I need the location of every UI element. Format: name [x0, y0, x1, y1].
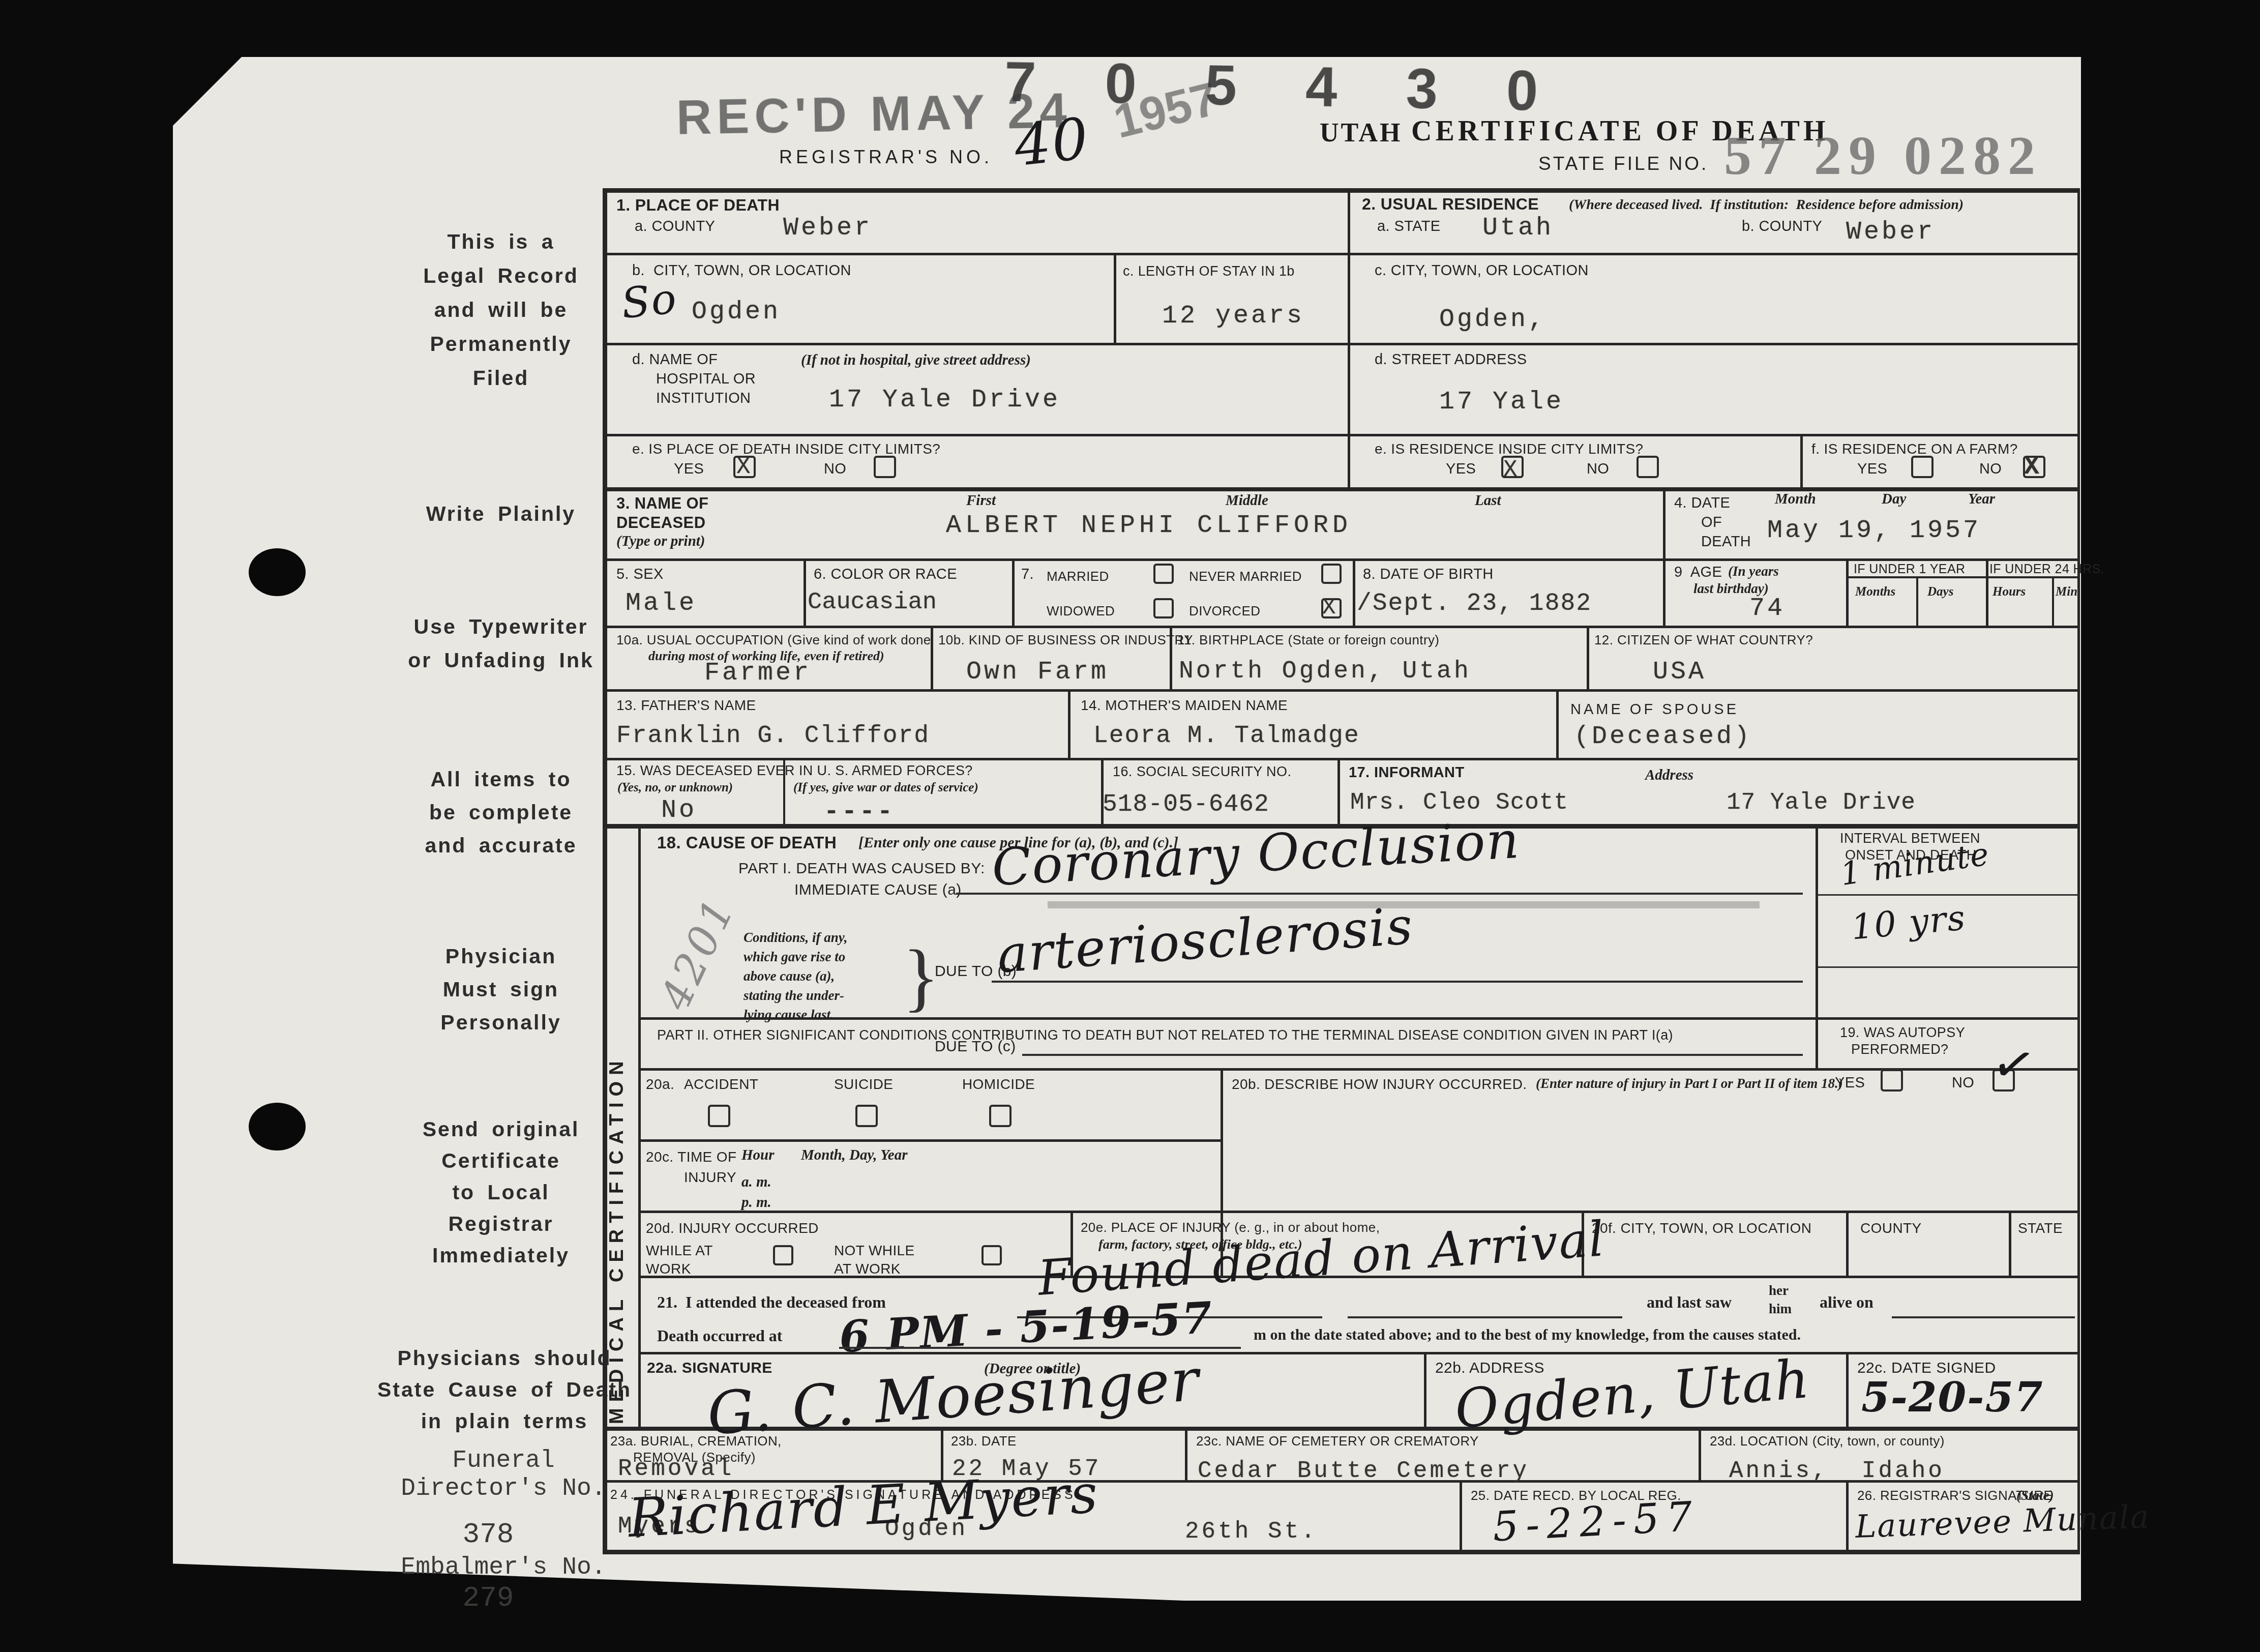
title-state: UTAH: [1320, 118, 1402, 148]
injury-state-label: STATE: [2018, 1220, 2063, 1236]
farm-label: f. IS RESIDENCE ON A FARM?: [1811, 440, 2018, 457]
hospital-hint: (If not in hospital, give street address…: [801, 352, 1031, 369]
if-under-24-hrs-label: IF UNDER 24 HRS.: [1989, 562, 2104, 577]
hospital-value: 17 Yale Drive: [829, 386, 1060, 415]
him-label: him: [1769, 1301, 1792, 1317]
citizen-value: USA: [1653, 658, 1706, 687]
serial-number-stamp: 7 0 5 4 3 0: [1004, 48, 1565, 124]
injury-20d-label: 20d. INJURY OCCURRED: [646, 1220, 819, 1236]
hour-label: Hour: [741, 1147, 774, 1164]
pod-no-checkbox: [874, 456, 896, 478]
birthplace-label: 11. BIRTHPLACE (State or foreign country…: [1177, 632, 1439, 648]
cause-of-death-label: 18. CAUSE OF DEATH: [657, 833, 837, 853]
farm-no-mark: X: [2024, 453, 2042, 482]
grid-line: [1460, 1480, 1462, 1550]
margin-note: Use Typewriter: [414, 616, 588, 637]
margin-note: or Unfading Ink: [408, 650, 594, 671]
accident-checkbox: [708, 1105, 730, 1127]
while-at-work-checkbox: [773, 1245, 793, 1265]
homicide-label: HOMICIDE: [962, 1076, 1035, 1093]
res-no-checkbox: [1637, 456, 1659, 478]
occupation-value: Farmer: [704, 659, 811, 688]
margin-note: State Cause of Death: [377, 1379, 632, 1400]
autopsy-label: PERFORMED?: [1851, 1042, 1949, 1058]
grid-line: [2077, 188, 2080, 1552]
divorced-mark: X: [1322, 595, 1338, 621]
conditions-label: stating the under-: [744, 988, 844, 1004]
armed-forces-label: 15. WAS DECEASED EVER IN U. S. ARMED FOR…: [616, 763, 973, 779]
name-of-deceased-label: DECEASED: [616, 514, 705, 533]
farm-yes-label: YES: [1857, 460, 1887, 478]
grid-line: [1916, 576, 1918, 626]
grid-line: [1337, 758, 1340, 824]
ssn-label: 16. SOCIAL SECURITY NO.: [1113, 764, 1291, 780]
state-file-no-value: 57 29 0282: [1724, 125, 2042, 188]
grid-line: [638, 1068, 2080, 1071]
not-while-at-work-label: AT WORK: [834, 1260, 901, 1277]
grid-line: [1800, 434, 1803, 487]
pod-county-label: a. COUNTY: [635, 218, 715, 235]
informant-address-label: Address: [1645, 767, 1693, 784]
grid-line: [1663, 487, 1666, 626]
burial-value: Removal: [618, 1456, 734, 1482]
funeral-director-no-label: Funeral: [452, 1447, 555, 1474]
grid-line: [603, 626, 2080, 628]
date-signed-value: 5-20-57: [1861, 1373, 2044, 1421]
margin-note: Physician: [445, 946, 556, 967]
date-of-birth-label: 8. DATE OF BIRTH: [1363, 566, 1494, 583]
grid-line: [638, 824, 641, 1429]
burial-label: 23a. BURIAL, CREMATION,: [610, 1433, 782, 1449]
margin-note: All items to: [431, 769, 572, 790]
accident-label: ACCIDENT: [684, 1076, 758, 1093]
grid-line: [1114, 253, 1116, 343]
autopsy-label: 19. WAS AUTOPSY: [1840, 1025, 1965, 1041]
grid-line: [603, 434, 2080, 436]
grid-line: [603, 689, 2080, 692]
spouse-label: NAME OF SPOUSE: [1570, 701, 1739, 718]
grid-line: [1816, 824, 1818, 1068]
marital-status-number: 7.: [1021, 566, 1034, 583]
pod-county-value: Weber: [783, 214, 872, 243]
if-under-1-year-label: IF UNDER 1 YEAR: [1854, 562, 1965, 577]
date-of-death-label: OF: [1701, 514, 1722, 531]
grid-line: [1185, 1427, 1187, 1480]
industry-value: Own Farm: [966, 658, 1109, 687]
divorced-label: DIVORCED: [1189, 603, 1260, 619]
conditions-label: lying cause last.: [744, 1007, 834, 1023]
res-yes-label: YES: [1446, 460, 1476, 478]
cemetery-value: Cedar Butte Cemetery: [1198, 1458, 1529, 1484]
punch-hole: [249, 548, 306, 596]
margin-note: Registrar: [448, 1214, 553, 1234]
last-name-column-label: Last: [1475, 492, 1501, 509]
grid-line: [603, 758, 2080, 760]
funeral-director-typed: 26th St.: [1185, 1518, 1318, 1545]
informant-address-value: 17 Yale Drive: [1727, 789, 1916, 816]
margin-note: Filed: [473, 368, 529, 389]
blank-line: [1818, 966, 2077, 968]
pod-city-limits-label: e. IS PLACE OF DEATH INSIDE CITY LIMITS?: [632, 440, 940, 457]
age-label: 9 AGE: [1674, 564, 1722, 581]
occupation-label: 10a. USUAL OCCUPATION (Give kind of work…: [616, 632, 931, 648]
usual-residence-hint: (Where deceased lived. If institution: R…: [1569, 197, 1964, 213]
funeral-director-no-value: 378: [463, 1518, 514, 1551]
not-while-at-work-label: NOT WHILE: [834, 1242, 915, 1259]
date-of-death-label: DEATH: [1701, 533, 1751, 550]
length-of-stay-value: 12 years: [1162, 302, 1304, 331]
her-label: her: [1769, 1283, 1789, 1299]
res-state-label: a. STATE: [1377, 218, 1441, 235]
while-at-work-label: WHILE AT: [646, 1242, 713, 1259]
margin-note: and accurate: [425, 835, 577, 856]
month-column-label: Month: [1775, 491, 1816, 508]
date-of-birth-value: /Sept. 23, 1882: [1357, 590, 1592, 617]
res-no-label: NO: [1587, 460, 1609, 478]
punch-hole: [249, 1103, 306, 1150]
grid-line: [603, 487, 2080, 491]
registrar-no-value: 40: [1012, 106, 1092, 180]
attended-text: and last saw: [1647, 1293, 1732, 1312]
injury-20b-label: 20b. DESCRIBE HOW INJURY OCCURRED.: [1232, 1076, 1527, 1093]
pod-yes-label: YES: [674, 460, 704, 478]
blank-line: [1892, 1316, 2075, 1318]
grid-line: [1556, 689, 1559, 758]
month-day-year-label: Month, Day, Year: [801, 1147, 907, 1164]
res-yes-mark: X: [1503, 457, 1520, 483]
res-city-label: c. CITY, TOWN, OR LOCATION: [1375, 262, 1589, 279]
margin-note: in plain terms: [421, 1411, 588, 1432]
widowed-checkbox: [1153, 598, 1174, 618]
spouse-value: (Deceased): [1574, 722, 1752, 751]
mother-name-value: Leora M. Talmadge: [1093, 722, 1360, 750]
age-value: 74: [1749, 594, 1785, 623]
margin-note: Physicians should: [398, 1348, 612, 1369]
injury-city-label: 20f. CITY, TOWN, OR LOCATION: [1592, 1220, 1811, 1236]
immediate-cause-label: IMMEDIATE CAUSE (a): [794, 881, 962, 899]
never-married-checkbox: [1321, 564, 1342, 584]
burial-date-label: 23b. DATE: [951, 1433, 1017, 1449]
grid-line: [1587, 626, 1589, 689]
grid-line: [1846, 1480, 1849, 1550]
res-county-value: Weber: [1846, 218, 1935, 247]
hospital-label: d. NAME OF: [632, 351, 718, 368]
state-file-no-label: STATE FILE NO.: [1538, 153, 1708, 175]
margin-note: This is a: [447, 231, 554, 252]
location-value: Annis, Idaho: [1729, 1458, 1945, 1484]
street-address-value: 17 Yale: [1439, 388, 1564, 417]
blank-line: [956, 893, 1803, 895]
informant-label: 17. INFORMANT: [1349, 764, 1465, 781]
industry-label: 10b. KIND OF BUSINESS OR INDUSTRY: [938, 632, 1193, 648]
res-city-value: Ogden,: [1439, 305, 1546, 334]
conditions-label: which gave rise to: [744, 949, 845, 965]
pod-no-label: NO: [824, 460, 846, 478]
res-city-limits-label: e. IS RESIDENCE INSIDE CITY LIMITS?: [1375, 440, 1644, 457]
name-of-deceased-label: 3. NAME OF: [616, 494, 708, 513]
months-column-label: Months: [1855, 585, 1895, 599]
min-column-label: Min.: [2056, 585, 2080, 599]
grid-line: [638, 1139, 1223, 1142]
blank-line: [992, 981, 1803, 983]
margin-note: to Local: [452, 1182, 549, 1203]
while-at-work-label: WORK: [646, 1260, 691, 1277]
day-column-label: Day: [1882, 491, 1906, 508]
middle-name-column-label: Middle: [1226, 492, 1268, 509]
blank-line: [1348, 1316, 1622, 1318]
conditions-label: Conditions, if any,: [744, 930, 848, 946]
am-label: a. m.: [741, 1174, 771, 1191]
registrar-no-label: REGISTRAR'S NO.: [779, 146, 993, 168]
grid-line: [1846, 558, 1849, 626]
blank-line: [1818, 894, 2077, 896]
length-of-stay-label: c. LENGTH OF STAY IN 1b: [1123, 263, 1295, 280]
grid-line: [1424, 1352, 1426, 1427]
first-name-column-label: First: [966, 492, 996, 509]
grid-line: [1699, 1427, 1701, 1480]
married-checkbox: [1153, 564, 1174, 584]
grid-line: [2009, 1211, 2011, 1276]
pod-city-handwritten-prefix: So: [619, 275, 679, 329]
grid-line: [603, 253, 2080, 255]
grid-line: [1846, 1211, 1849, 1276]
injury-20c-label: INJURY: [684, 1169, 736, 1186]
injury-20b-hint: (Enter nature of injury in Part I or Par…: [1536, 1076, 1843, 1091]
name-hint: (Type or print): [616, 533, 705, 550]
date-of-death-label: 4. DATE: [1674, 494, 1730, 512]
race-label: 6. COLOR OR RACE: [814, 566, 957, 583]
embalmer-no-label: Embalmer's No.: [401, 1554, 606, 1581]
father-name-label: 13. FATHER'S NAME: [616, 697, 756, 714]
homicide-checkbox: [989, 1105, 1012, 1127]
funeral-director-no-label: Director's No.: [401, 1475, 606, 1502]
street-address-label: d. STREET ADDRESS: [1375, 351, 1527, 368]
part1-label: PART I. DEATH WAS CAUSED BY:: [738, 860, 985, 877]
not-while-at-work-checkbox: [982, 1245, 1002, 1265]
res-state-value: Utah: [1482, 214, 1554, 243]
armed-forces-hint: (Yes, no, or unknown): [617, 781, 733, 795]
pod-yes-mark: X: [736, 454, 753, 480]
attended-text: 21. I attended the deceased from: [657, 1293, 886, 1312]
registrar-signature-label: 26. REGISTRAR'S SIGNATURE: [1857, 1488, 2053, 1503]
grid-line: [603, 558, 2080, 561]
death-occurred-text: m on the date stated above; and to the b…: [1254, 1326, 1801, 1344]
grid-line: [931, 626, 933, 689]
margin-note: Write Plainly: [426, 504, 576, 524]
suicide-checkbox: [855, 1105, 878, 1127]
deceased-name-value: ALBERT NEPHI CLIFFORD: [946, 511, 1352, 540]
injury-20a-number: 20a.: [646, 1076, 674, 1093]
armed-forces-dates-value: ----: [824, 798, 895, 827]
informant-value: Mrs. Cleo Scott: [1350, 789, 1568, 816]
margin-note: Send original: [423, 1119, 580, 1140]
margin-note: Must sign: [443, 979, 559, 1000]
hospital-label: INSTITUTION: [656, 390, 751, 407]
brace: }: [903, 933, 939, 1021]
medical-certification-strip-label: MEDICAL CERTIFICATION: [606, 854, 636, 1424]
grid-line: [804, 558, 806, 626]
farm-yes-checkbox: [1911, 456, 1934, 478]
margin-note: and will be: [434, 300, 568, 320]
grid-line: [1353, 558, 1355, 626]
ssn-value: 518-05-6462: [1103, 791, 1269, 818]
hospital-label: HOSPITAL OR: [656, 370, 756, 388]
age-label: (In years: [1728, 564, 1779, 579]
margin-note: Permanently: [430, 334, 572, 355]
grid-line: [1012, 558, 1015, 626]
pm-label: p. m.: [741, 1194, 771, 1211]
suicide-label: SUICIDE: [834, 1076, 893, 1093]
father-name-value: Franklin G. Clifford: [616, 722, 930, 750]
embalmer-no-value: 279: [463, 1582, 514, 1614]
blank-line: [1022, 1054, 1803, 1056]
grid-line: [1986, 558, 1988, 626]
pod-city-value: Ogden: [692, 298, 781, 327]
hours-column-label: Hours: [1993, 585, 2026, 599]
autopsy-no-label: NO: [1952, 1074, 1974, 1091]
date-of-death-value: May 19, 1957: [1767, 516, 1981, 545]
sex-label: 5. SEX: [616, 566, 664, 583]
grid-line: [2052, 576, 2054, 626]
location-label: 23d. LOCATION (City, town, or county): [1710, 1433, 1945, 1449]
margin-note: Certificate: [441, 1150, 560, 1171]
married-label: MARRIED: [1047, 569, 1109, 584]
autopsy-yes-checkbox: [1881, 1069, 1903, 1091]
usual-residence-section-label: 2. USUAL RESIDENCE: [1362, 195, 1539, 214]
grid-line: [1068, 689, 1070, 758]
never-married-label: NEVER MARRIED: [1189, 569, 1302, 584]
conditions-label: above cause (a),: [744, 968, 835, 984]
year-column-label: Year: [1968, 491, 1995, 508]
citizen-label: 12. CITIZEN OF WHAT COUNTRY?: [1594, 632, 1813, 648]
armed-forces-value: No: [661, 796, 697, 825]
widowed-label: WIDOWED: [1047, 603, 1115, 619]
place-of-death-section-label: 1. PLACE OF DEATH: [616, 196, 780, 215]
margin-note: Immediately: [432, 1245, 570, 1266]
signature-label: 22a. SIGNATURE: [647, 1359, 772, 1377]
injury-20c-label: 20c. TIME OF: [646, 1148, 737, 1165]
injury-county-label: COUNTY: [1860, 1220, 1922, 1236]
grid-line: [1846, 1352, 1849, 1427]
margin-note: be complete: [429, 802, 573, 823]
grid-line: [638, 1211, 2080, 1213]
scanned-death-certificate: This is a Legal Record and will be Perma…: [0, 0, 2260, 1652]
margin-note: Legal Record: [423, 265, 579, 286]
alive-on-label: alive on: [1820, 1293, 1874, 1312]
grid-line: [603, 1550, 2080, 1554]
race-value: Caucasian: [808, 589, 937, 616]
grid-line: [638, 1017, 2080, 1020]
grid-line: [1348, 188, 1350, 487]
res-county-label: b. COUNTY: [1742, 218, 1822, 235]
grid-line: [603, 188, 2080, 193]
grid-line: [603, 343, 2080, 345]
mother-name-label: 14. MOTHER'S MAIDEN NAME: [1081, 697, 1288, 714]
sex-value: Male: [626, 589, 697, 618]
cemetery-label: 23c. NAME OF CEMETERY OR CREMATORY: [1196, 1433, 1479, 1449]
farm-no-label: NO: [1979, 460, 2002, 478]
part2-label: PART II. OTHER SIGNIFICANT CONDITIONS CO…: [657, 1027, 1673, 1044]
death-occurred-text: Death occurred at: [657, 1326, 782, 1345]
armed-forces-hint: (If yes, give war or dates of service): [793, 781, 978, 795]
birthplace-value: North Ogden, Utah: [1179, 658, 1471, 685]
days-column-label: Days: [1927, 585, 1953, 599]
margin-note: Personally: [440, 1012, 561, 1033]
